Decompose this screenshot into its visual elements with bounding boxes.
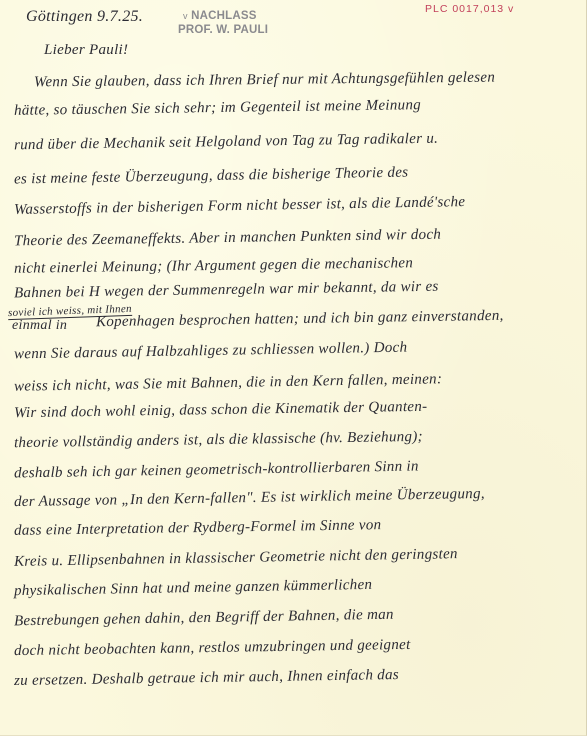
- letter-line: Kopenhagen besprochen hatten; und ich bi…: [96, 308, 504, 331]
- salutation: Lieber Pauli!: [44, 42, 128, 59]
- stamp-line-1: NACHLASS: [191, 10, 257, 22]
- letter-line: Wenn Sie glauben, dass ich Ihren Brief n…: [34, 70, 495, 92]
- letter-line: deshalb seh ich gar keinen geometrisch-k…: [14, 458, 419, 482]
- letter-line: es ist meine feste Überzeugung, dass die…: [14, 165, 409, 189]
- letter-page: Göttingen 9.7.25. v NACHLASS PROF. W. PA…: [0, 0, 587, 736]
- letter-line: dass eine Interpretation der Rydberg-For…: [14, 517, 382, 540]
- letter-line: nicht einerlei Meinung; (Ihr Argument ge…: [14, 255, 413, 278]
- letter-line: Kreis u. Ellipsenbahnen in klassischer G…: [14, 546, 458, 571]
- letter-line: physikalischen Sinn hat und meine ganzen…: [14, 577, 373, 600]
- letter-line: hätte, so täuschen Sie sich sehr; im Geg…: [14, 97, 421, 120]
- letter-line: Wir sind doch wohl einig, dass schon die…: [14, 399, 428, 422]
- letter-line: Bestrebungen gehen dahin, den Begriff de…: [14, 607, 394, 631]
- stamp-mark: v: [183, 11, 188, 21]
- letter-line: Theorie des Zeemaneffekts. Aber in manch…: [14, 227, 441, 251]
- marginal-insert-line-2: einmal in: [12, 318, 67, 334]
- letter-line: der Aussage von „In den Kern-fallen". Es…: [14, 486, 485, 511]
- stamp-line-2: PROF. W. PAULI: [178, 23, 268, 37]
- letter-line: zu ersetzen. Deshalb getraue ich mir auc…: [14, 667, 399, 690]
- archive-number: PLC 0017,013 v: [425, 3, 514, 15]
- letter-line: Wasserstoffs in der bisherigen Form nich…: [14, 194, 466, 219]
- letter-line: theorie vollständig anders ist, als die …: [14, 429, 423, 452]
- letter-line: Bahnen bei H wegen der Summenregeln war …: [14, 279, 439, 303]
- letter-line: rund über die Mechanik seit Helgoland vo…: [14, 131, 438, 155]
- letter-line: doch nicht beobachten kann, restlos umzu…: [14, 637, 411, 660]
- place-date: Göttingen 9.7.25.: [26, 8, 143, 26]
- letter-line: wenn Sie daraus auf Halbzahliges zu schl…: [14, 340, 408, 364]
- letter-line: weiss ich nicht, was Sie mit Bahnen, die…: [14, 371, 442, 395]
- archive-stamp: v NACHLASS PROF. W. PAULI: [178, 9, 268, 37]
